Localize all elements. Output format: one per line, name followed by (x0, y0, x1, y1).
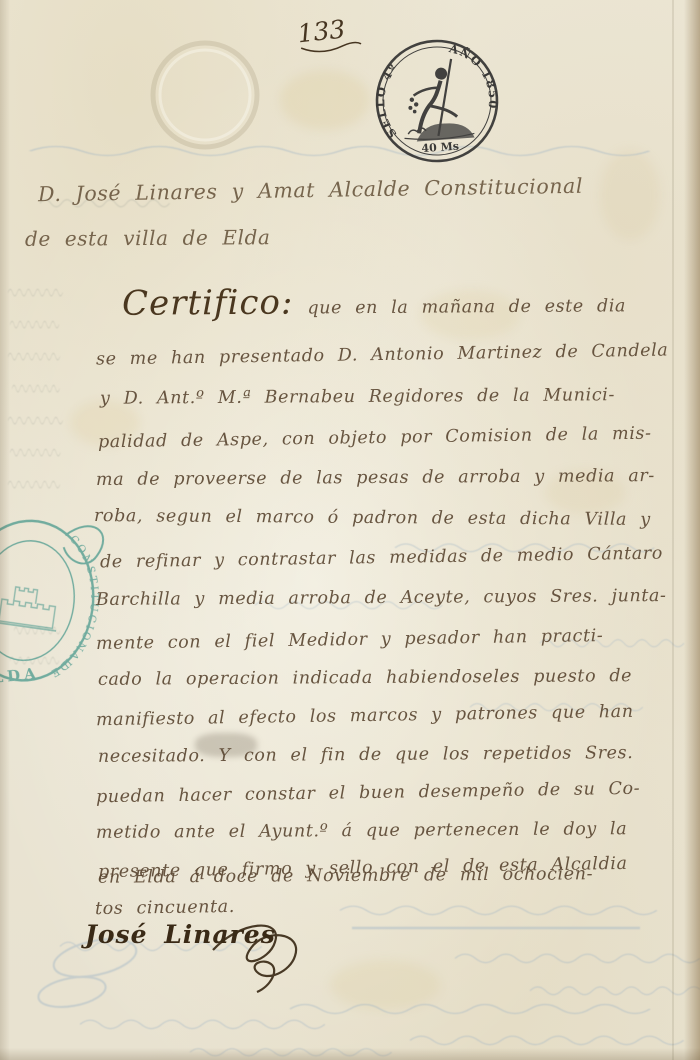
heading-line-1: D. José Linares y Amat Alcalde Constituc… (38, 174, 583, 207)
body-line: cado la operacion indicada habiendoseles… (98, 666, 632, 690)
signature: José Linares (85, 920, 276, 949)
manuscript-page: 133 SELLO 4º AÑO 1850 (0, 0, 700, 1060)
revenue-stamp: SELLO 4º AÑO 1850 40 Ms (368, 32, 507, 171)
body-line: puedan hacer constar el buen desempeño d… (96, 779, 640, 808)
body-line: palidad de Aspe, con objeto por Comision… (98, 424, 652, 453)
page-crease (672, 0, 674, 1060)
seated-hispania-figure-icon (403, 58, 474, 142)
stamp-left-arc-text: SELLO 4º (370, 60, 405, 142)
body-line-15: en Elda á doce de Noviembre de mil ochoc… (98, 864, 593, 887)
body-line: manifiesto al efecto los marcos y patron… (96, 702, 634, 730)
certifico-word: Certifico: (122, 283, 294, 324)
body-line: y D. Ant.º M.ª Bernabeu Regidores de la … (100, 385, 615, 409)
page-number: 133 (296, 13, 364, 58)
body-line: metido ante el Ayunt.º á que pertenecen … (96, 819, 627, 843)
svg-text:SELLO 4º: SELLO 4º (370, 60, 405, 142)
paper-stain (330, 960, 440, 1010)
stamp-right-arc-text: AÑO 1850 (446, 38, 501, 114)
paper-stain (280, 70, 370, 130)
heading-line-2: de esta villa de Elda (25, 225, 271, 251)
body-line-16: tos cincuenta. (95, 897, 235, 919)
page-edge (0, 0, 10, 1060)
body-line: mente con el fiel Medidor y pesador han … (96, 626, 604, 654)
page-edge (0, 1048, 700, 1060)
page-edge (684, 0, 700, 1060)
page-number-value: 133 (296, 14, 346, 48)
paper-stain (600, 150, 660, 240)
body-line: de refinar y contrastar las medidas de m… (100, 544, 663, 573)
body-line: Barchilla y media arroba de Aceyte, cuyo… (96, 586, 667, 610)
body-line: Certifico: que en la mañana de este dia (122, 280, 626, 324)
signature-rubric-icon (205, 922, 335, 1002)
stamp-denomination: 40 Ms (421, 140, 459, 156)
body-line-text: que en la mañana de este dia (307, 296, 626, 318)
body-line: se me han presentado D. Antonio Martinez… (96, 341, 669, 370)
body-line: roba, segun el marco ó padron de esta di… (94, 506, 651, 530)
body-line: ma de proveerse de las pesas de arroba y… (96, 466, 655, 490)
svg-text:AÑO 1850: AÑO 1850 (446, 38, 501, 114)
body-line: necesitado. Y con el fin de que los repe… (98, 743, 633, 767)
